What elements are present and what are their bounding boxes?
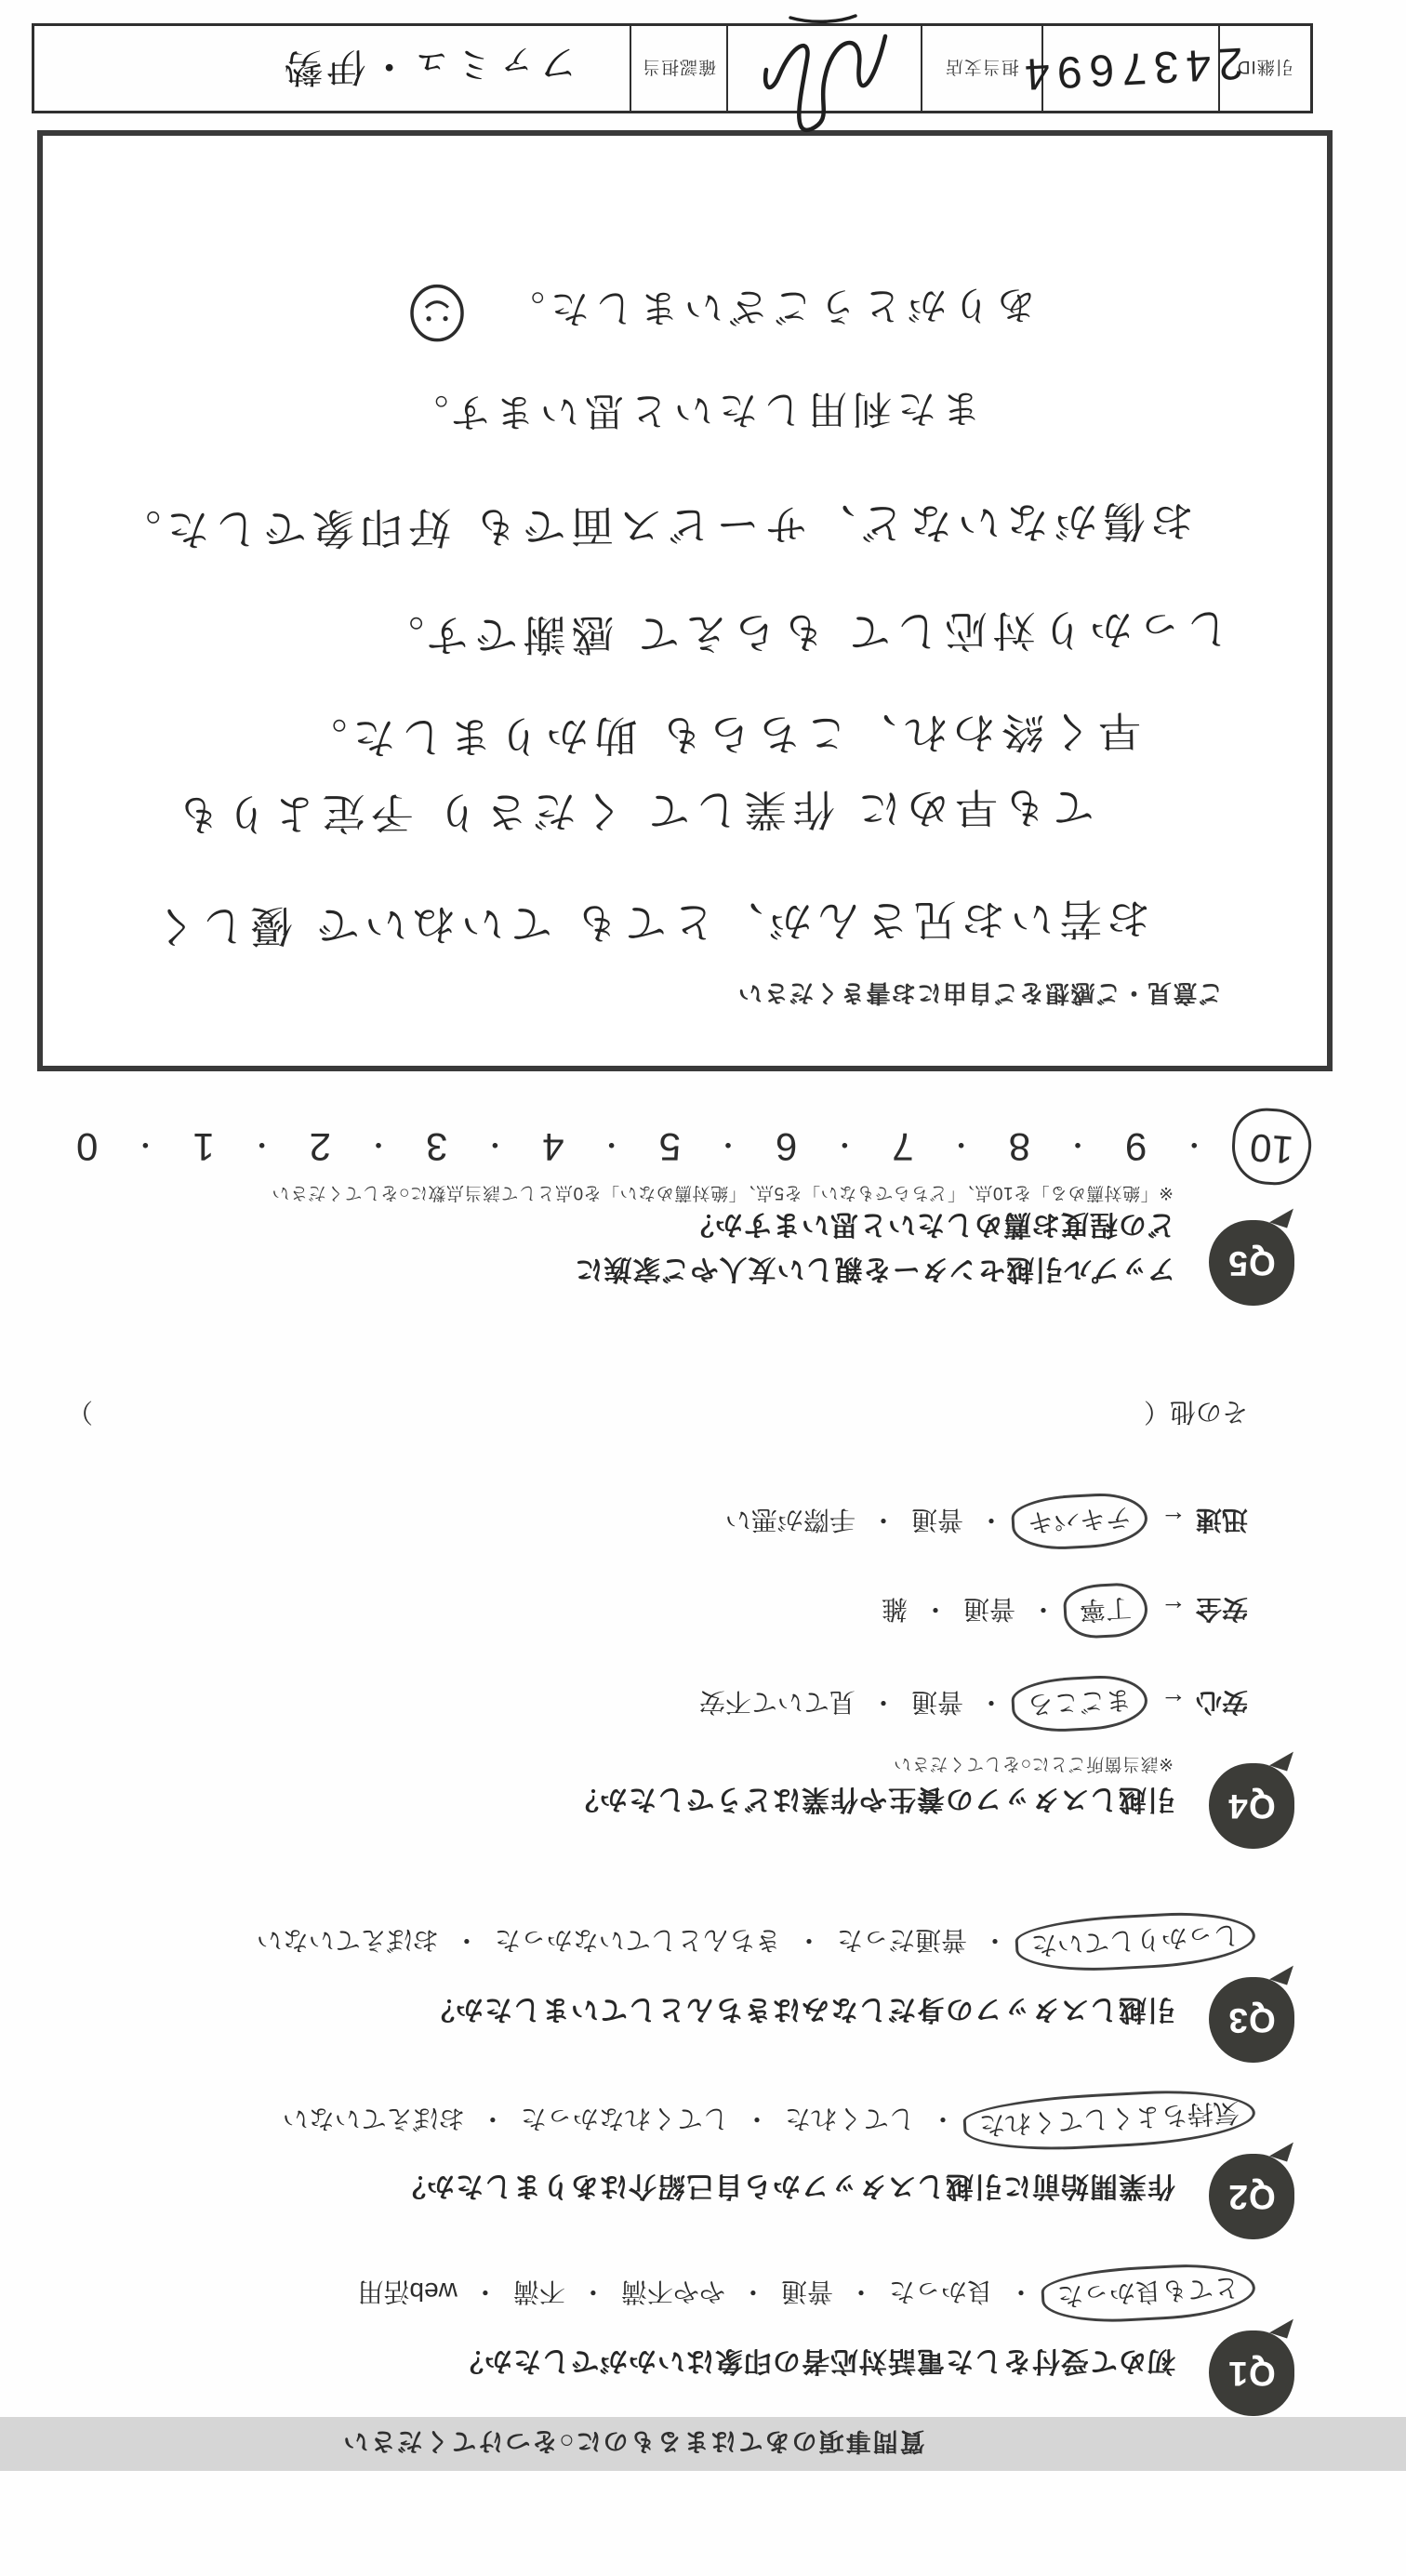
survey-title-bar: 質問事項のあてはまるものに○をつけてください — [0, 2417, 1406, 2471]
q4-row-jinsoku-label: 迅速 — [1196, 1506, 1248, 1534]
handwritten-id-number: 2437694 — [1016, 37, 1244, 100]
q4-question: 引越しスタッフの養生や作業はどうでしたか？ — [570, 1782, 1175, 1823]
staff-table: 引継ID 2437694 担当支店 確認担当 ファミュ・伊勢 — [32, 23, 1313, 113]
q3-option-3: おぼえていない — [257, 1926, 439, 1955]
comment-box: ご意見・ご感想をご自由にお書きください お若いお兄さんが、とても ていねいで 優… — [37, 130, 1333, 1071]
q2-badge: Q2 — [1209, 2154, 1294, 2239]
q1-badge-tail — [1269, 2313, 1293, 2338]
option-separator: ・ — [922, 1595, 948, 1624]
q1-option-0: とても良かった — [1041, 2261, 1257, 2326]
q4-badge: Q4 — [1209, 1763, 1294, 1849]
scale-value-8: 8 — [1009, 1124, 1030, 1169]
survey-title-text: 質問事項のあてはまるものに○をつけてください — [341, 2426, 924, 2463]
scale-separator: ・ — [131, 1126, 159, 1167]
q1-option-4: 不満 — [513, 2277, 565, 2306]
staff-table-id-value-cell: 2437694 — [1041, 26, 1218, 111]
q3-answers: しっかりしていた・普通だった・きちんとしていなかった・おぼえていない — [257, 1923, 1248, 1960]
option-separator: ・ — [744, 2105, 770, 2133]
q3-question: 引越しスタッフの身だしなみはきちんとしていましたか？ — [426, 1992, 1175, 2033]
handwritten-comment-line: しっかり対応して もらえて 感謝です。 — [376, 601, 1229, 670]
option-separator: ・ — [870, 1688, 896, 1717]
scale-value-2: 2 — [310, 1124, 331, 1169]
id-label: 引継ID — [1237, 56, 1293, 81]
q4-row-jinsoku: 迅速←テキパキ・普通・手際が悪い — [725, 1503, 1248, 1540]
scale-value-6: 6 — [776, 1124, 797, 1169]
q3-badge: Q3 — [1209, 1977, 1294, 2063]
handwritten-comment-line: 早く終われ、こちらも 助かりました。 — [298, 703, 1141, 772]
q1-answers: とても良かった・良かった・普通・やや不満・不満・web活用 — [357, 2275, 1248, 2312]
option-separator: ・ — [580, 2277, 606, 2306]
q5-question-line2: どの程度お薦めしたいと思いますか？ — [685, 1207, 1175, 1248]
q4-row-anzen-option-1: 普通 — [963, 1595, 1015, 1624]
q4-row-jinsoku-option-0: テキパキ — [1011, 1491, 1149, 1552]
handwritten-thanks-text: ありがとうございました。 — [500, 283, 1036, 331]
q4-row-anzen-option-0: 丁寧 — [1063, 1582, 1149, 1640]
q3-badge-label: Q3 — [1227, 2000, 1275, 2039]
q4-row-anshin-option-2: 見ていて不安 — [699, 1688, 856, 1717]
scale-value-9: 9 — [1125, 1124, 1147, 1169]
q4-badge-tail — [1269, 1746, 1293, 1771]
option-separator: ・ — [740, 2277, 766, 2306]
q4-row-anzen-option-2: 雑 — [882, 1595, 908, 1624]
q2-answers: 気持ちよくしてくれた・してくれた・してくれなかった・おぼえていない — [283, 2102, 1248, 2139]
q3-badge-tail — [1269, 1959, 1293, 1985]
scale-separator: ・ — [948, 1126, 975, 1167]
scale-value-1: 1 — [192, 1124, 214, 1169]
q1-option-1: 良かった — [889, 2277, 993, 2306]
q2-question: 作業開始前に引越しスタッフから自己紹介はありましたか？ — [397, 2169, 1175, 2210]
q4-other-open: その他（ — [1144, 1395, 1248, 1432]
q3-option-1: 普通だった — [837, 1926, 967, 1955]
handwritten-comment-line: ても早めに 作業して くださり 予定よりも — [171, 779, 1094, 849]
handwritten-checker-name: ファミュ・伊勢 — [280, 38, 578, 100]
q4-row-anshin-option-1: 普通 — [911, 1688, 963, 1717]
q1-badge: Q1 — [1209, 2330, 1294, 2416]
option-separator: ・ — [870, 1506, 896, 1534]
scale-value-3: 3 — [426, 1124, 447, 1169]
scale-separator: ・ — [598, 1126, 626, 1167]
handwritten-comment-line: また利用したいと思います。 — [404, 382, 981, 443]
q4-row-jinsoku-option-2: 手際が悪い — [725, 1506, 856, 1534]
q4-note: ※該当箇所ごとに○をしてください — [894, 1753, 1174, 1778]
smiley-face-drawing-icon — [407, 283, 468, 343]
scale-value-0: 0 — [76, 1124, 98, 1169]
q4-row-anshin: 安心←まごころ・普通・見ていて不安 — [699, 1685, 1248, 1722]
scale-value-4: 4 — [542, 1124, 564, 1169]
scale-separator: ・ — [1180, 1126, 1208, 1167]
handwritten-comment-line: ありがとうございました。 — [407, 278, 1036, 343]
branch-label: 担当支店 — [945, 56, 1019, 81]
option-separator: ・ — [978, 1688, 1004, 1717]
signature-scribble-icon — [735, 8, 921, 148]
option-separator: ・ — [796, 1926, 822, 1955]
scale-separator: ・ — [481, 1126, 509, 1167]
q1-option-2: 普通 — [781, 2277, 833, 2306]
staff-table-branch-label-cell: 担当支店 — [921, 26, 1041, 111]
q1-option-3: やや不満 — [621, 2277, 725, 2306]
q4-row-anzen: 安全←丁寧・普通・雑 — [882, 1592, 1248, 1629]
q3-option-2: きちんとしていなかった — [495, 1926, 781, 1955]
q2-option-2: してくれなかった — [521, 2105, 729, 2133]
q2-option-3: おぼえていない — [283, 2105, 465, 2133]
q1-question: 初めて受付をした電話対応者の印象はいかがでしたか？ — [455, 2344, 1175, 2384]
q4-badge-label: Q4 — [1227, 1786, 1275, 1826]
q5-badge: Q5 — [1209, 1220, 1294, 1306]
left-arrow-icon: ← — [1161, 1506, 1187, 1534]
left-arrow-icon: ← — [1161, 1595, 1187, 1624]
q5-badge-label: Q5 — [1227, 1243, 1275, 1282]
q1-badge-label: Q1 — [1227, 2354, 1275, 2393]
handwritten-comment-line: お傷がないなど、サービス面でも 好印象でした。 — [113, 493, 1194, 564]
q5-nps-scale: 10 ・ 9 ・ 8 ・ 7 ・ 6 ・ 5 ・ 4 ・ 3 ・ 2 ・ 1 ・… — [76, 1123, 1302, 1170]
scale-separator: ・ — [248, 1126, 276, 1167]
option-separator: ・ — [1008, 2277, 1034, 2306]
scale-value-5: 5 — [659, 1124, 681, 1169]
staff-table-signature-cell — [726, 26, 921, 111]
q4-other-close: ） — [67, 1395, 93, 1432]
q4-row-anshin-label: 安心 — [1196, 1688, 1248, 1717]
q5-question-line1: アップル引越センターを親しい友人やご家族に — [575, 1252, 1176, 1293]
comment-prompt: ご意見・ご感想をご自由にお書きください — [736, 977, 1223, 1012]
scale-separator: ・ — [830, 1126, 858, 1167]
option-separator: ・ — [848, 2277, 874, 2306]
scanned-survey-sheet: 質問事項のあてはまるものに○をつけてください Q1 初めて受付をした電話対応者の… — [0, 0, 1406, 2576]
q4-row-anshin-option-0: まごころ — [1011, 1673, 1149, 1734]
scale-separator: ・ — [1064, 1126, 1092, 1167]
option-separator: ・ — [982, 1926, 1008, 1955]
option-separator: ・ — [454, 1926, 480, 1955]
scale-separator: ・ — [365, 1126, 392, 1167]
q5-badge-tail — [1269, 1202, 1293, 1228]
q1-option-5: web活用 — [357, 2277, 457, 2306]
q4-row-anzen-label: 安全 — [1196, 1595, 1248, 1624]
q3-option-0: しっかりしていた — [1015, 1908, 1257, 1974]
checker-label: 確認担当 — [642, 56, 716, 81]
option-separator: ・ — [480, 2105, 506, 2133]
q4-row-jinsoku-option-1: 普通 — [911, 1506, 963, 1534]
scale-value-7: 7 — [892, 1124, 913, 1169]
left-arrow-icon: ← — [1161, 1688, 1187, 1717]
q2-option-0: 気持ちよくしてくれた — [962, 2086, 1257, 2155]
q2-badge-tail — [1269, 2136, 1293, 2161]
option-separator: ・ — [930, 2105, 956, 2133]
option-separator: ・ — [472, 2277, 498, 2306]
option-separator: ・ — [978, 1506, 1004, 1534]
staff-table-checker-value-cell: ファミュ・伊勢 — [34, 26, 630, 111]
option-separator: ・ — [1030, 1595, 1056, 1624]
q2-badge-label: Q2 — [1227, 2177, 1275, 2216]
q2-option-1: してくれた — [785, 2105, 915, 2133]
staff-table-checker-label-cell: 確認担当 — [630, 26, 726, 111]
handwritten-comment-line: お若いお兄さんが、とても ていねいで 優しく — [148, 890, 1150, 960]
scale-separator: ・ — [714, 1126, 742, 1167]
scale-value-10: 10 — [1230, 1106, 1314, 1188]
q5-note: ※「絶対薦める」を10点、「どちらでもない」を5点、「絶対薦めない」を0点として… — [272, 1182, 1174, 1207]
